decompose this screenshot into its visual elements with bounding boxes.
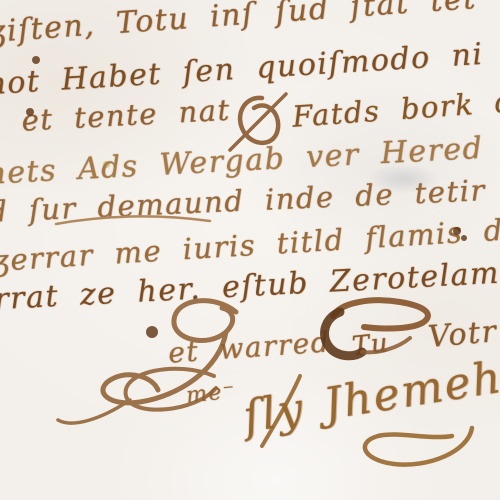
manuscript-line-8-mid: Tu <box>351 328 391 362</box>
manuscript-line-3-right: Fatds bork d <box>291 84 500 133</box>
manuscript-line-8-right: Votr <box>427 314 499 355</box>
manuscript-line-3-left: i et tente nat <box>0 93 231 140</box>
manuscript-page: ʒiſten, Totu inſ ſud ſtat tet not Habet … <box>0 0 500 500</box>
writer-initials: me⁻ <box>185 378 237 408</box>
handwriting-layer: ʒiſten, Totu inſ ſud ſtat tet not Habet … <box>0 0 500 500</box>
manuscript-line-8-left: et warred <box>167 325 331 369</box>
